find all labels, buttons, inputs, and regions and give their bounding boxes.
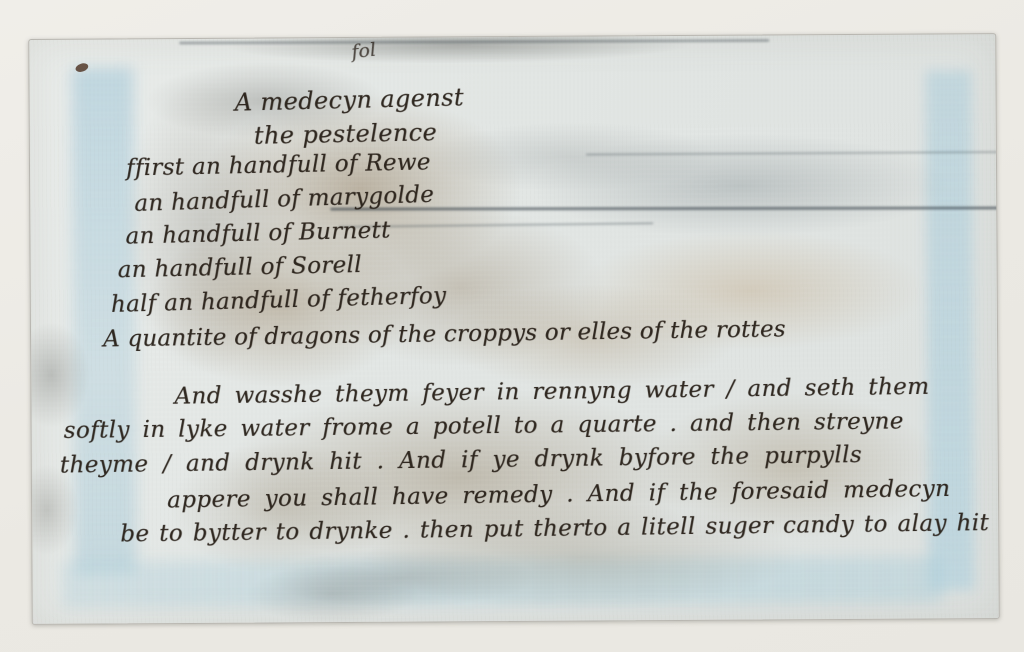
manuscript-page: fol A medecyn agenst the pestelence ffir… — [28, 33, 1000, 625]
title-line: A medecyn agenst — [234, 83, 464, 116]
folio-mark: fol — [350, 39, 377, 64]
title-line: the pestelence — [254, 118, 438, 150]
ingredient-line: an handfull of Sorell — [117, 252, 362, 283]
photo-frame: fol A medecyn agenst the pestelence ffir… — [0, 0, 1024, 652]
